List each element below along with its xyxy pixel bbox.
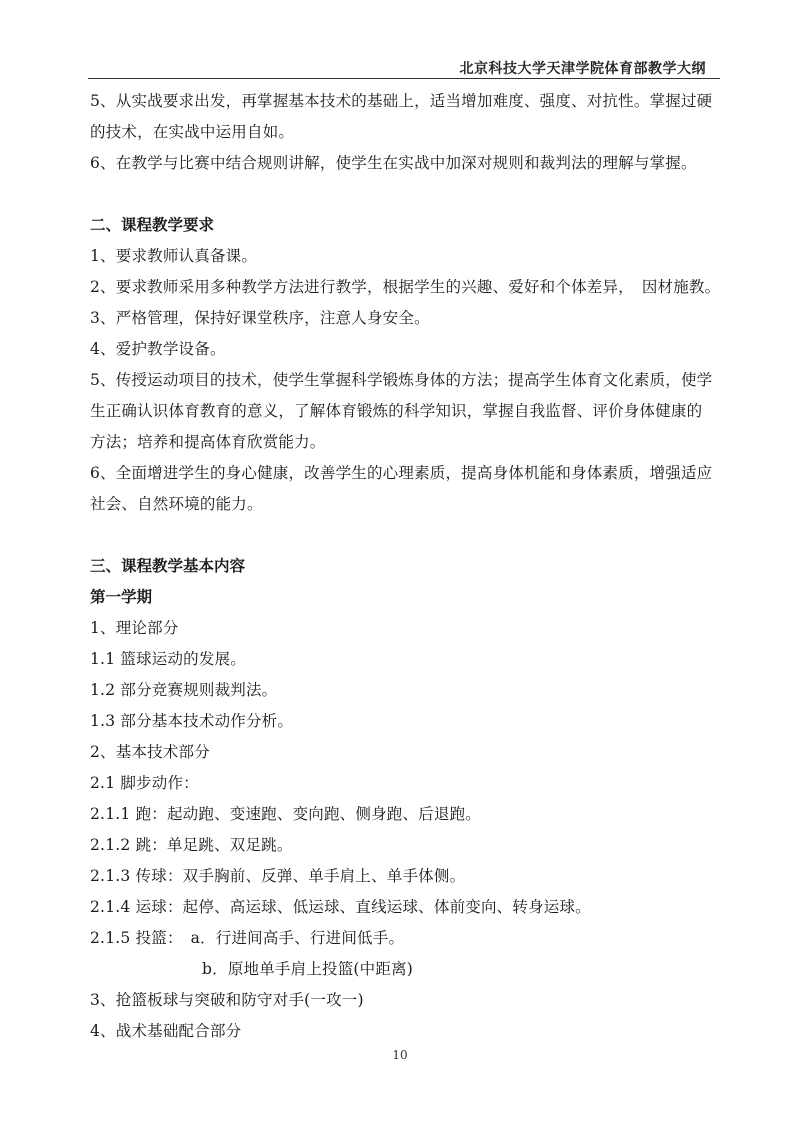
- spacer: [90, 520, 730, 551]
- paragraph-line: 3、严格管理，保持好课堂秩序，注意人身安全。: [90, 303, 730, 334]
- section-heading-requirements: 二、课程教学要求: [90, 210, 730, 241]
- page-header: 北京科技大学天津学院体育部教学大纲: [88, 56, 720, 79]
- outline-item: 3、抢篮板球与突破和防守对手(一攻一): [90, 985, 730, 1016]
- paragraph-line: 6、在教学与比赛中结合规则讲解，使学生在实战中加深对规则和裁判法的理解与掌握。: [90, 148, 730, 179]
- document-body: 5、从实战要求出发，再掌握基本技术的基础上，适当增加难度、强度、对抗性。掌握过硬…: [90, 86, 730, 1047]
- outline-subitem-b: b．原地单手肩上投篮(中距离): [90, 954, 730, 985]
- page-number: 10: [0, 1048, 800, 1062]
- spacer: [90, 179, 730, 210]
- paragraph-line: 社会、自然环境的能力。: [90, 489, 730, 520]
- outline-item: 1.3 部分基本技术动作分析。: [90, 706, 730, 737]
- paragraph-line: 的技术，在实战中运用自如。: [90, 117, 730, 148]
- outline-item: 4、战术基础配合部分: [90, 1016, 730, 1047]
- paragraph-line: 1、要求教师认真备课。: [90, 241, 730, 272]
- paragraph-line: 6、全面增进学生的身心健康，改善学生的心理素质，提高身体机能和身体素质，增强适应: [90, 458, 730, 489]
- outline-item: 2.1.4 运球：起停、高运球、低运球、直线运球、体前变向、转身运球。: [90, 892, 730, 923]
- outline-item: 1.1 篮球运动的发展。: [90, 644, 730, 675]
- outline-item: 1.2 部分竞赛规则裁判法。: [90, 675, 730, 706]
- paragraph-line: 5、传授运动项目的技术，使学生掌握科学锻炼身体的方法；提高学生体育文化素质，使学: [90, 365, 730, 396]
- outline-item: 2.1.1 跑：起动跑、变速跑、变向跑、侧身跑、后退跑。: [90, 799, 730, 830]
- paragraph-line: 4、爱护教学设备。: [90, 334, 730, 365]
- outline-item: 1、理论部分: [90, 613, 730, 644]
- term-heading: 第一学期: [90, 582, 730, 613]
- section-heading-content: 三、课程教学基本内容: [90, 551, 730, 582]
- paragraph-line: 方法；培养和提高体育欣赏能力。: [90, 427, 730, 458]
- paragraph-line: 5、从实战要求出发，再掌握基本技术的基础上，适当增加难度、强度、对抗性。掌握过硬: [90, 86, 730, 117]
- paragraph-line: 生正确认识体育教育的意义，了解体育锻炼的科学知识，掌握自我监督、评价身体健康的: [90, 396, 730, 427]
- outline-item: 2.1.5 投篮： a．行进间高手、行进间低手。: [90, 923, 730, 954]
- outline-item: 2.1 脚步动作：: [90, 768, 730, 799]
- outline-item: 2.1.2 跳：单足跳、双足跳。: [90, 830, 730, 861]
- header-title: 北京科技大学天津学院体育部教学大纲: [460, 58, 707, 78]
- paragraph-line: 2、要求教师采用多种教学方法进行教学，根据学生的兴趣、爱好和个体差异， 因材施教…: [90, 272, 730, 303]
- outline-item: 2.1.3 传球：双手胸前、反弹、单手肩上、单手体侧。: [90, 861, 730, 892]
- outline-item: 2、基本技术部分: [90, 737, 730, 768]
